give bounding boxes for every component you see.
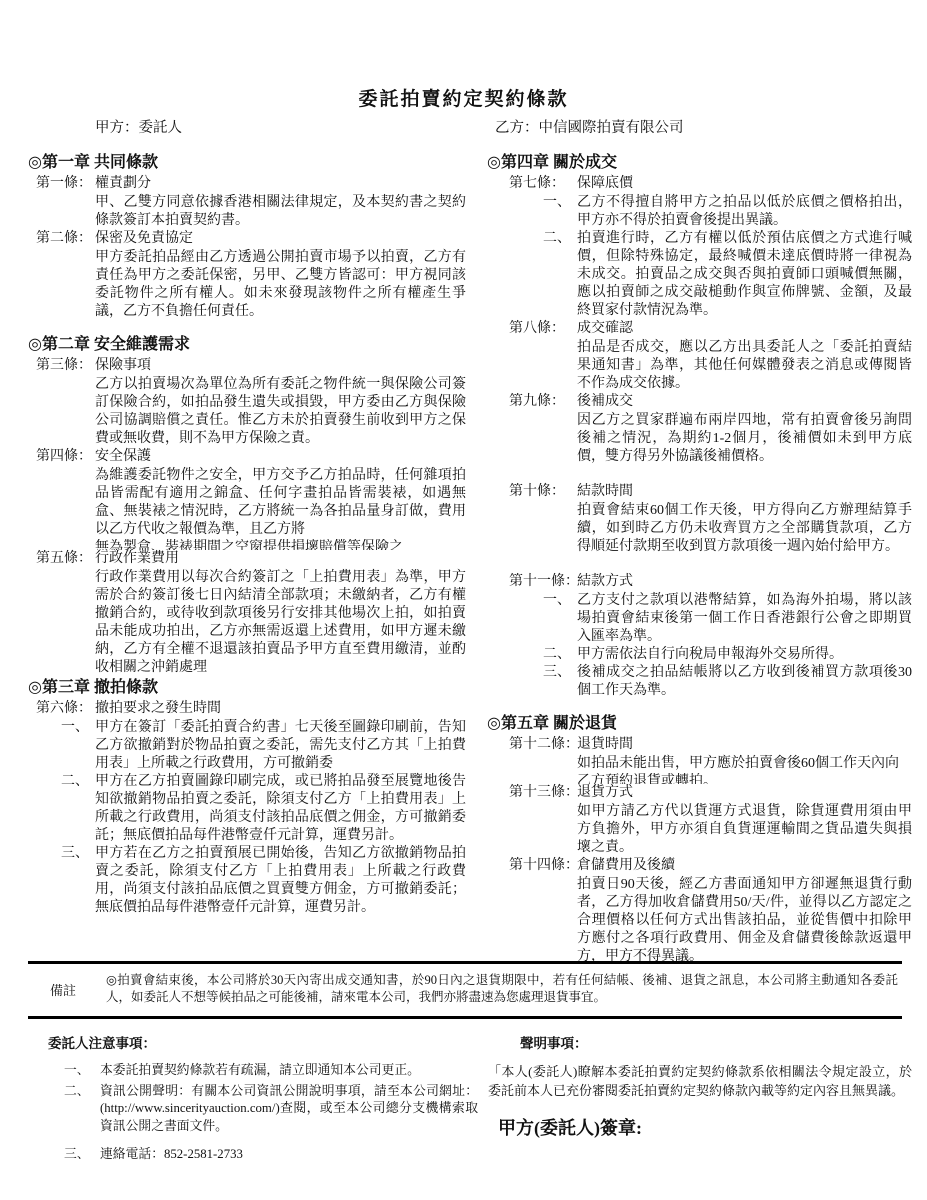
item-number: 三、 [543, 664, 577, 700]
spacer [487, 700, 912, 713]
clause-title: 行政作業費用 [95, 550, 466, 568]
notice-item-number: 三、 [64, 1146, 100, 1164]
clause: 第四條：安全保護為維護委託物件之安全，甲方交予乙方拍品時，任何雜項拍品皆需配有適… [36, 448, 466, 550]
item-number: 一、 [543, 194, 577, 230]
spacer [487, 466, 912, 483]
chapter-heading: ◎第四章 關於成交 [487, 152, 912, 174]
clause-paragraph: 如拍品未能出售，甲方應於拍賣會後60個工作天內向 [577, 755, 912, 773]
clause-content: 安全保護為維護委託物件之安全，甲方交予乙方拍品時，任何雜項拍品皆需配有適用之錦盒… [95, 448, 466, 550]
clause-title: 結款時間 [577, 483, 912, 501]
item-text: 乙方不得擅自將甲方之拍品以低於底價之價格拍出，甲方亦不得於拍賣會後提出異議。 [577, 194, 912, 230]
clause-title: 結款方式 [577, 573, 912, 591]
item-text: 拍賣進行時，乙方有權以低於預估底價之方式進行喊價，但除特殊協定，最終喊價未達底價… [577, 230, 912, 320]
left-column: ◎第一章 共同條款第一條：權責劃分甲、乙雙方同意依據香港相關法律規定，及本契約書… [28, 152, 466, 962]
clause-title: 後補成交 [577, 393, 912, 411]
clause-title: 保障底價 [577, 175, 912, 193]
notice-item: 三、連絡電話：852-2581-2733 [64, 1146, 478, 1164]
notice-item-number: 一、 [64, 1062, 100, 1080]
clause-title: 倉儲費用及後續 [577, 857, 912, 875]
clause-paragraph: 行政作業費用以每次合約簽訂之「上拍費用表」為準，甲方需於合約簽訂後七日內結清全部… [95, 569, 466, 677]
item-text: 乙方支付之款項以港幣結算，如為海外拍場，將以該場拍賣會結束後第一個工作日香港銀行… [577, 592, 912, 646]
item-text: 甲方在乙方拍賣圖錄印刷完成，或已將拍品發至展覽地後告知欲撤銷物品拍賣之委託，除須… [95, 773, 466, 845]
clause-number: 第八條： [509, 320, 577, 393]
declaration-text: 「本人(委託人)瞭解本委託拍賣約定契約條款系依相關法令規定設立，於委託前本人已充… [488, 1062, 912, 1100]
clause-number: 第四條： [36, 448, 95, 550]
clause-item: 一、乙方不得擅自將甲方之拍品以低於底價之價格拍出，甲方亦不得於拍賣會後提出異議。 [543, 194, 912, 230]
clause-paragraph: 無為製盒、裝裱期間之空窗提供損壞賠償等保險之 [95, 539, 466, 550]
party-b-label: 乙方：中信國際拍賣有限公司 [495, 116, 684, 137]
chapter-heading: ◎第五章 關於退貨 [487, 713, 912, 735]
notice-item: 一、本委託拍賣契約條款若有疏漏，請立即通知本公司更正。 [64, 1062, 478, 1080]
clause-title: 退貨方式 [577, 784, 912, 802]
clause: 第十條：結款時間拍賣會結束60個工作天後，甲方得向乙方辦理結算手續，如到時乙方仍… [509, 483, 912, 556]
clause-paragraph: 甲方委託拍品經由乙方透過公開拍賣市場予以拍賣，乙方有責任為甲方之委託保密，另甲、… [95, 249, 466, 321]
notice-title: 委託人注意事項： [48, 1032, 478, 1052]
clause-content: 行政作業費用行政作業費用以每次合約簽訂之「上拍費用表」為準，甲方需於合約簽訂後七… [95, 550, 466, 677]
clause-paragraph: 拍品是否成交，應以乙方出具委託人之「委託拍賣結果通知書」為準，其他任何媒體發表之… [577, 339, 912, 393]
clause-content: 退貨時間如拍品未能出售，甲方應於拍賣會後60個工作天內向乙方預約退貨或轉拍。 [577, 736, 912, 784]
clause-number: 第九條： [509, 393, 577, 466]
clause-paragraph: 因乙方之買家群遍布兩岸四地，常有拍賣會後另詢問後補之情況，為期約1-2個月，後補… [577, 412, 912, 466]
clause-number: 第二條： [36, 230, 95, 321]
notice-item-text: 資訊公開聲明：有關本公司資訊公開說明事項，請至本公司網址：(http://www… [100, 1083, 478, 1136]
chapter-heading: ◎第一章 共同條款 [28, 152, 466, 174]
clause-content: 保密及免責協定甲方委託拍品經由乙方透過公開拍賣市場予以拍賣，乙方有責任為甲方之委… [95, 230, 466, 321]
clause-paragraph: 拍賣日90天後，經乙方書面通知甲方卻遲無退貨行動者，乙方得加收倉儲費用50/天/… [577, 876, 912, 962]
clause: 第一條：權責劃分甲、乙雙方同意依據香港相關法律規定，及本契約書之契約條款簽訂本拍… [36, 175, 466, 230]
clause-title: 安全保護 [95, 448, 466, 466]
clause-content: 成交確認拍品是否成交，應以乙方出具委託人之「委託拍賣結果通知書」為準，其他任何媒… [577, 320, 912, 393]
clause: 第八條：成交確認拍品是否成交，應以乙方出具委託人之「委託拍賣結果通知書」為準，其… [509, 320, 912, 393]
clause-title: 保險事項 [95, 357, 466, 375]
clause-content: 權責劃分甲、乙雙方同意依據香港相關法律規定，及本契約書之契約條款簽訂本拍賣契約書… [95, 175, 466, 230]
spacer [28, 321, 466, 334]
clause-content: 保險事項乙方以拍賣場次為單位為所有委託之物件統一與保險公司簽訂保險合約，如拍品發… [95, 357, 466, 448]
clause-number: 第五條： [36, 550, 95, 677]
clause-content: 後補成交因乙方之買家群遍布兩岸四地，常有拍賣會後另詢問後補之情況，為期約1-2個… [577, 393, 912, 466]
consignor-notice-section: 委託人注意事項： 一、本委託拍賣契約條款若有疏漏，請立即通知本公司更正。二、資訊… [48, 1032, 478, 1167]
clause-title: 退貨時間 [577, 736, 912, 754]
clause: 第七條：保障底價一、乙方不得擅自將甲方之拍品以低於底價之價格拍出，甲方亦不得於拍… [509, 175, 912, 320]
clause-item: 一、乙方支付之款項以港幣結算，如為海外拍場，將以該場拍賣會結束後第一個工作日香港… [543, 592, 912, 646]
item-text: 甲方需依法自行向稅局申報海外交易所得。 [577, 646, 912, 664]
clause-number: 第一條： [36, 175, 95, 230]
clause-title: 保密及免責協定 [95, 230, 466, 248]
item-number: 一、 [61, 719, 95, 773]
clause: 第三條：保險事項乙方以拍賣場次為單位為所有委託之物件統一與保險公司簽訂保險合約，… [36, 357, 466, 448]
clause-item: 二、甲方在乙方拍賣圖錄印刷完成，或已將拍品發至展覽地後告知欲撤銷物品拍賣之委託，… [61, 773, 466, 845]
notice-items: 一、本委託拍賣契約條款若有疏漏，請立即通知本公司更正。二、資訊公開聲明：有關本公… [48, 1062, 478, 1164]
clause-number: 第十二條： [509, 736, 577, 784]
remark-label: 備註 [28, 980, 106, 999]
clause: 第二條：保密及免責協定甲方委託拍品經由乙方透過公開拍賣市場予以拍賣，乙方有責任為… [36, 230, 466, 321]
item-text: 後補成交之拍品結帳將以乙方收到後補買方款項後30個工作天為準。 [577, 664, 912, 700]
clause-content: 保障底價一、乙方不得擅自將甲方之拍品以低於底價之價格拍出，甲方亦不得於拍賣會後提… [577, 175, 912, 320]
clause: 第十四條：倉儲費用及後續拍賣日90天後，經乙方書面通知甲方卻遲無退貨行動者，乙方… [509, 857, 912, 962]
signature-label: 甲方(委託人)簽章: [498, 1114, 912, 1140]
spacer [487, 556, 912, 573]
clause-paragraph: 為維護委託物件之安全，甲方交予乙方拍品時，任何雜項拍品皆需配有適用之錦盒、任何字… [95, 467, 466, 539]
clause-title: 權責劃分 [95, 175, 466, 193]
spacer [48, 1138, 478, 1146]
remark-row: 備註 ◎拍賣會結束後，本公司將於30天內寄出成交通知書，於90日內之退貨期限中，… [28, 961, 902, 1019]
notice-item-number: 二、 [64, 1083, 100, 1136]
clause-item: 三、甲方若在乙方之拍賣預展已開始後，告知乙方欲撤銷物品拍賣之委託，除須支付乙方「… [61, 845, 466, 917]
clause: 第九條：後補成交因乙方之買家群遍布兩岸四地，常有拍賣會後另詢問後補之情況，為期約… [509, 393, 912, 466]
document-title: 委託拍賣約定契約條款 [0, 84, 927, 111]
clause: 第十一條：結款方式一、乙方支付之款項以港幣結算，如為海外拍場，將以該場拍賣會結束… [509, 573, 912, 700]
right-column: ◎第四章 關於成交第七條：保障底價一、乙方不得擅自將甲方之拍品以低於底價之價格拍… [487, 152, 912, 962]
clause-item: 三、後補成交之拍品結帳將以乙方收到後補買方款項後30個工作天為準。 [543, 664, 912, 700]
clause-content: 結款時間拍賣會結束60個工作天後，甲方得向乙方辦理結算手續，如到時乙方仍未收齊買… [577, 483, 912, 556]
clause: 第六條：撤拍要求之發生時間一、甲方在簽訂「委託拍賣合約書」七天後至圖錄印刷前，告… [36, 700, 466, 917]
declaration-title: 聲明事項： [520, 1032, 912, 1052]
clause-number: 第十四條： [509, 857, 577, 962]
clause: 第十三條：退貨方式如甲方請乙方代以貨運方式退貨，除貨運費用須由甲方負擔外，甲方亦… [509, 784, 912, 857]
clause-item: 一、甲方在簽訂「委託拍賣合約書」七天後至圖錄印刷前，告知乙方欲撤銷對於物品拍賣之… [61, 719, 466, 773]
clause: 第十二條：退貨時間如拍品未能出售，甲方應於拍賣會後60個工作天內向乙方預約退貨或… [509, 736, 912, 784]
clause-paragraph: 如甲方請乙方代以貨運方式退貨，除貨運費用須由甲方負擔外，甲方亦須自負貨運運輸間之… [577, 803, 912, 857]
chapter-heading: ◎第三章 撤拍條款 [28, 677, 466, 699]
clause-item: 二、拍賣進行時，乙方有權以低於預估底價之方式進行喊價，但除特殊協定，最終喊價未達… [543, 230, 912, 320]
clause-item: 二、甲方需依法自行向稅局申報海外交易所得。 [543, 646, 912, 664]
clause-content: 退貨方式如甲方請乙方代以貨運方式退貨，除貨運費用須由甲方負擔外，甲方亦須自負貨運… [577, 784, 912, 857]
notice-item: 二、資訊公開聲明：有關本公司資訊公開說明事項，請至本公司網址：(http://w… [64, 1083, 478, 1136]
clause-number: 第三條： [36, 357, 95, 448]
clause-content: 倉儲費用及後續拍賣日90天後，經乙方書面通知甲方卻遲無退貨行動者，乙方得加收倉儲… [577, 857, 912, 962]
contract-page: 委託拍賣約定契約條款 甲方：委託人 乙方：中信國際拍賣有限公司 ◎第一章 共同條… [0, 0, 927, 1200]
clause-content: 結款方式一、乙方支付之款項以港幣結算，如為海外拍場，將以該場拍賣會結束後第一個工… [577, 573, 912, 700]
item-number: 三、 [61, 845, 95, 917]
chapter-heading: ◎第二章 安全維護需求 [28, 334, 466, 356]
clause: 第五條：行政作業費用行政作業費用以每次合約簽訂之「上拍費用表」為準，甲方需於合約… [36, 550, 466, 677]
clause-paragraph: 甲、乙雙方同意依據香港相關法律規定，及本契約書之契約條款簽訂本拍賣契約書。 [95, 194, 466, 230]
clause-paragraph: 拍賣會結束60個工作天後，甲方得向乙方辦理結算手續，如到時乙方仍未收齊買方之全部… [577, 502, 912, 556]
clause-paragraph: 乙方以拍賣場次為單位為所有委託之物件統一與保險公司簽訂保險合約，如拍品發生遺失或… [95, 376, 466, 448]
clause-content: 撤拍要求之發生時間一、甲方在簽訂「委託拍賣合約書」七天後至圖錄印刷前，告知乙方欲… [95, 700, 466, 917]
notice-item-text: 連絡電話：852-2581-2733 [100, 1146, 478, 1164]
item-number: 二、 [543, 230, 577, 320]
item-number: 二、 [61, 773, 95, 845]
declaration-section: 聲明事項： 「本人(委託人)瞭解本委託拍賣約定契約條款系依相關法令規定設立，於委… [488, 1032, 912, 1140]
clause-number: 第十條： [509, 483, 577, 556]
clause-number: 第十三條： [509, 784, 577, 857]
item-text: 甲方在簽訂「委託拍賣合約書」七天後至圖錄印刷前，告知乙方欲撤銷對於物品拍賣之委託… [95, 719, 466, 773]
clause-paragraph: 乙方預約退貨或轉拍。 [577, 773, 912, 784]
item-text: 甲方若在乙方之拍賣預展已開始後，告知乙方欲撤銷物品拍賣之委託，除須支付乙方「上拍… [95, 845, 466, 917]
item-number: 一、 [543, 592, 577, 646]
item-number: 二、 [543, 646, 577, 664]
party-a-label: 甲方：委託人 [95, 116, 182, 137]
notice-item-text: 本委託拍賣契約條款若有疏漏，請立即通知本公司更正。 [100, 1062, 478, 1080]
clause-title: 成交確認 [577, 320, 912, 338]
remark-text: ◎拍賣會結束後，本公司將於30天內寄出成交通知書，於90日內之退貨期限中，若有任… [106, 972, 902, 1007]
clause-title: 撤拍要求之發生時間 [95, 700, 466, 718]
